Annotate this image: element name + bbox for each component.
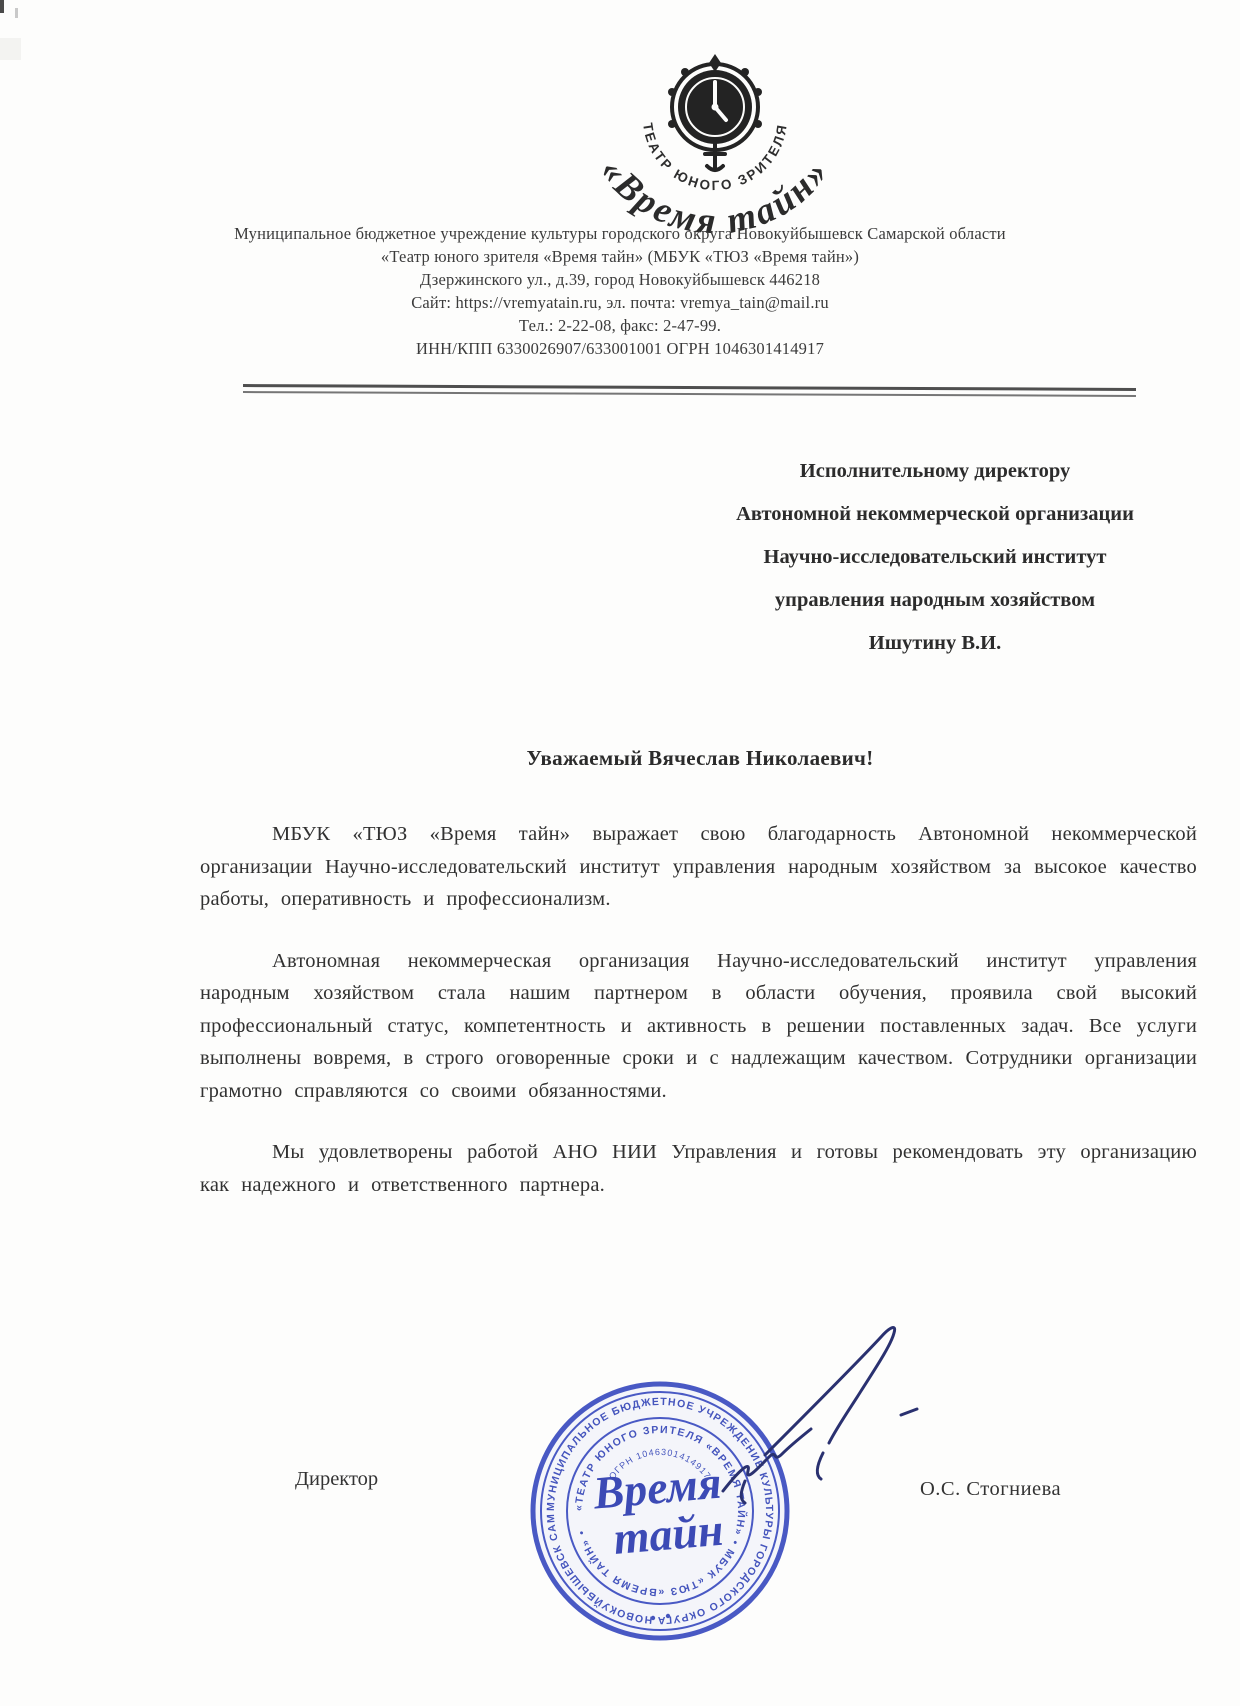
paragraph: МБУК «ТЮЗ «Время тайн» выражает свою бла…: [200, 818, 1197, 916]
addressee-line: Ишутину В.И.: [655, 622, 1215, 665]
addressee-block: Исполнительному директору Автономной нек…: [655, 450, 1215, 665]
scan-artifact: [0, 38, 21, 60]
clock-icon: [668, 54, 762, 170]
addressee-line: Исполнительному директору: [655, 450, 1215, 493]
letterhead-line: Тел.: 2-22-08, факс: 2-47-99.: [70, 314, 1170, 337]
divider-rule: [243, 384, 1136, 397]
addressee-line: управления народным хозяйством: [655, 579, 1215, 622]
letterhead-line: Сайт: https://vremyatain.ru, эл. почта: …: [70, 291, 1170, 314]
scanned-letter-page: ТЕАТР ЮНОГО ЗРИТЕЛЯ «Время тайн» Муницип…: [0, 0, 1240, 1706]
signer-name: О.С. Стогниева: [920, 1478, 1061, 1501]
letterhead-line: Муниципальное бюджетное учреждение культ…: [70, 222, 1170, 245]
scan-artifact: [15, 8, 18, 18]
salutation: Уважаемый Вячеслав Николаевич!: [200, 746, 1200, 771]
paragraph: Автономная некоммерческая организация На…: [200, 945, 1197, 1108]
letterhead-line: «Театр юного зрителя «Время тайн» (МБУК …: [70, 245, 1170, 268]
letter-body: МБУК «ТЮЗ «Время тайн» выражает свою бла…: [200, 818, 1197, 1230]
letterhead-line: Дзержинского ул., д.39, город Новокуйбыш…: [70, 268, 1170, 291]
letterhead-line: ИНН/КПП 6330026907/633001001 ОГРН 104630…: [70, 337, 1170, 360]
scan-artifact: [0, 0, 4, 13]
handwritten-signature: [705, 1295, 935, 1525]
paragraph: Мы удовлетворены работой АНО НИИ Управле…: [200, 1136, 1197, 1201]
signer-role-label: Директор: [295, 1468, 378, 1491]
theater-logo: ТЕАТР ЮНОГО ЗРИТЕЛЯ «Время тайн»: [545, 40, 885, 250]
addressee-line: Научно-исследовательский институт: [655, 536, 1215, 579]
addressee-line: Автономной некоммерческой организации: [655, 493, 1215, 536]
letterhead: Муниципальное бюджетное учреждение культ…: [70, 222, 1170, 360]
